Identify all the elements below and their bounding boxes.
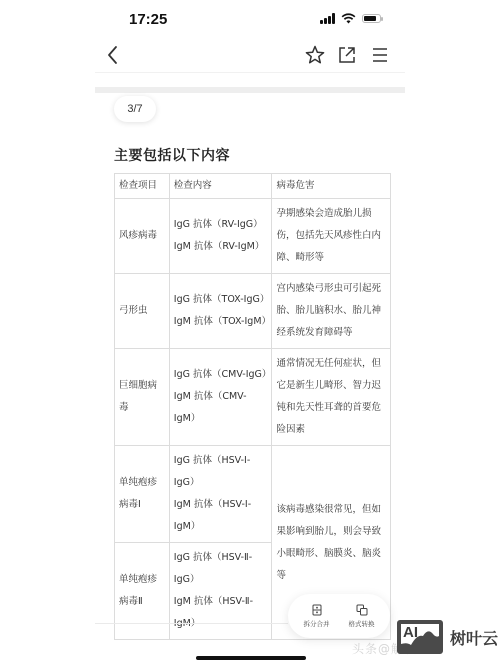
page-separator	[95, 87, 405, 93]
top-navbar	[95, 38, 405, 72]
battery-icon	[362, 14, 381, 23]
table-cell-item: 单纯疱疹病毒Ⅰ	[115, 446, 170, 543]
table-cell-harm: 通常情况无任何症状，但它是新生儿畸形、智力迟钝和先天性耳聋的首要危险因素	[272, 349, 391, 446]
content-line: IgG 抗体（HSV-Ⅰ-IgG）	[174, 450, 268, 494]
table-row: 风疹病毒 IgG 抗体（RV-IgG） IgM 抗体（RV-IgM） 孕期感染会…	[115, 199, 391, 274]
format-convert-button[interactable]: 格式转换	[349, 604, 375, 628]
table-cell-item: 巨细胞病毒	[115, 349, 170, 446]
content-line: IgG 抗体（HSV-Ⅱ-IgG）	[174, 547, 268, 591]
table-cell-harm: 宫内感染弓形虫可引起死胎、胎儿脑积水、胎儿神经系统发育障碍等	[272, 274, 391, 349]
column-header: 检查内容	[169, 174, 272, 199]
table-cell-item: 风疹病毒	[115, 199, 170, 274]
external-link-icon[interactable]	[336, 44, 358, 66]
table-row: 单纯疱疹病毒Ⅰ IgG 抗体（HSV-Ⅰ-IgG） IgM 抗体（HSV-Ⅰ-I…	[115, 446, 391, 543]
cellular-signal-icon	[320, 13, 335, 24]
table-cell-content: IgG 抗体（HSV-Ⅰ-IgG） IgM 抗体（HSV-Ⅰ-IgM）	[169, 446, 272, 543]
table-cell-item: 弓形虫	[115, 274, 170, 349]
content-line: IgG 抗体（CMV-IgG）	[174, 364, 268, 386]
table-row: 巨细胞病毒 IgG 抗体（CMV-IgG） IgM 抗体（CMV-IgM） 通常…	[115, 349, 391, 446]
star-icon[interactable]	[304, 44, 326, 66]
logo-brand-name: 树叶云	[450, 626, 498, 649]
logo-badge: AI	[397, 620, 443, 654]
content-line: IgG 抗体（TOX-IgG）	[174, 289, 268, 311]
page-bottom-divider	[95, 623, 288, 624]
navbar-divider	[95, 72, 405, 73]
brand-logo: AI 树叶云	[397, 620, 498, 654]
table-cell-content: IgG 抗体（HSV-Ⅱ-IgG） IgM 抗体（HSV-Ⅱ-IgM）	[169, 543, 272, 640]
column-header: 检查项目	[115, 174, 170, 199]
mountain-icon	[401, 624, 439, 650]
table-row: 弓形虫 IgG 抗体（TOX-IgG） IgM 抗体（TOX-IgM） 宫内感染…	[115, 274, 391, 349]
hamburger-menu-icon[interactable]	[369, 44, 391, 66]
format-convert-label: 格式转换	[349, 619, 375, 628]
table-header-row: 检查项目 检查内容 病毒危害	[115, 174, 391, 199]
split-document-icon	[311, 604, 323, 616]
table-cell-harm: 孕期感染会造成胎儿损伤，包括先天风疹性白内障、畸形等	[272, 199, 391, 274]
status-time: 17:25	[129, 11, 167, 28]
content-line: IgM 抗体（HSV-Ⅱ-IgM）	[174, 591, 268, 635]
virus-screening-table: 检查项目 检查内容 病毒危害 风疹病毒 IgG 抗体（RV-IgG） IgM 抗…	[114, 173, 391, 640]
column-header: 病毒危害	[272, 174, 391, 199]
content-line: IgM 抗体（CMV-IgM）	[174, 386, 268, 430]
table-cell-content: IgG 抗体（TOX-IgG） IgM 抗体（TOX-IgM）	[169, 274, 272, 349]
section-title: 主要包括以下内容	[114, 145, 230, 165]
split-merge-button[interactable]: 拆分合并	[304, 604, 330, 628]
status-icons	[320, 13, 381, 24]
home-indicator[interactable]	[196, 656, 306, 660]
page-indicator: 3/7	[114, 96, 156, 122]
wifi-icon	[341, 13, 356, 24]
content-line: IgM 抗体（RV-IgM）	[174, 236, 268, 258]
copy-convert-icon	[356, 604, 368, 616]
content-line: IgM 抗体（HSV-Ⅰ-IgM）	[174, 494, 268, 538]
split-merge-label: 拆分合并	[304, 619, 330, 628]
table-cell-content: IgG 抗体（CMV-IgG） IgM 抗体（CMV-IgM）	[169, 349, 272, 446]
content-line: IgG 抗体（RV-IgG）	[174, 214, 268, 236]
back-chevron-icon[interactable]	[105, 44, 121, 66]
floating-toolbar: 拆分合并 格式转换	[288, 594, 390, 638]
content-line: IgM 抗体（TOX-IgM）	[174, 311, 268, 333]
table-cell-item: 单纯疱疹病毒Ⅱ	[115, 543, 170, 640]
table-cell-content: IgG 抗体（RV-IgG） IgM 抗体（RV-IgM）	[169, 199, 272, 274]
